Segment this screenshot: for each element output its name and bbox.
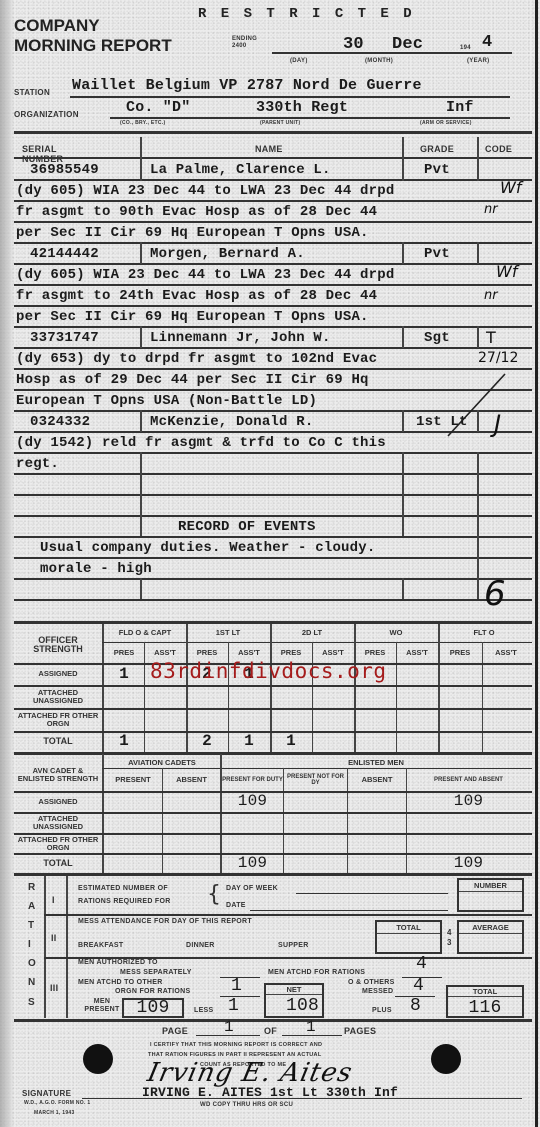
signer-name: IRVING E. AITES 1st Lt 330th Inf bbox=[142, 1085, 398, 1100]
form-title-line1: COMPANY bbox=[14, 16, 100, 36]
rations-letter: A bbox=[28, 901, 35, 912]
org-caption-unit: (CO., BRY., ETC.) bbox=[120, 120, 165, 126]
grade: Pvt bbox=[424, 246, 450, 262]
ending-label: ENDING 2400 bbox=[232, 36, 268, 49]
enlisted-value: 109 bbox=[407, 791, 530, 811]
officer-total: 1 bbox=[104, 731, 144, 751]
rations-letter: T bbox=[28, 920, 34, 931]
soldier-name: Linnemann Jr, John W. bbox=[150, 330, 331, 346]
supper-label: SUPPER bbox=[278, 942, 309, 949]
col-em-absent: ABSENT bbox=[348, 770, 406, 790]
row-label-attached-fr-other: ATTACHED FR OTHER ORGN bbox=[16, 834, 100, 853]
restricted-stamp: R E S T R I C T E D bbox=[198, 6, 415, 22]
certification-text: I CERTIFY THAT THIS MORNING REPORT IS CO… bbox=[150, 1042, 322, 1048]
men-atchd-other-label: MEN ATCHD TO OTHER bbox=[78, 979, 163, 986]
entry-line: regt. bbox=[16, 456, 59, 472]
grade: Sgt bbox=[424, 330, 450, 346]
less-label: LESS bbox=[194, 1007, 213, 1014]
group-1st-lt: 1ST LT bbox=[186, 626, 270, 640]
org-company: Co. "D" bbox=[126, 99, 190, 116]
row-label-assigned: ASSIGNED bbox=[16, 665, 100, 683]
subcol-asst: ASS'T bbox=[396, 645, 438, 661]
row-label-attached-unassigned: ATTACHED UNASSIGNED bbox=[16, 813, 100, 833]
col-grade: GRADE bbox=[420, 144, 454, 154]
net-label: NET bbox=[266, 985, 322, 995]
soldier-name: La Palme, Clarence L. bbox=[150, 162, 331, 178]
net-box: NET 108 bbox=[264, 983, 324, 1018]
subcol-pres: PRES bbox=[104, 645, 144, 661]
pages-label: PAGES bbox=[344, 1026, 376, 1036]
enlisted-total: 109 bbox=[222, 853, 283, 873]
less-value: 1 bbox=[228, 996, 239, 1016]
form-date: MARCH 1, 1943 bbox=[34, 1110, 75, 1116]
others-messed-value: 4 bbox=[413, 976, 424, 996]
men-present-box: 109 bbox=[122, 998, 184, 1018]
men-authorized-label: MEN AUTHORIZED TO bbox=[78, 959, 158, 966]
entry-line: per Sec II Cir 69 Hq European T Opns USA… bbox=[16, 225, 369, 241]
org-arm: Inf bbox=[446, 99, 474, 116]
subcol-asst: ASS'T bbox=[482, 645, 530, 661]
code-mark: 27/12 bbox=[478, 350, 518, 366]
copy-note: WD COPY THRU HRS OR SCU bbox=[200, 1102, 293, 1108]
rations-letter: R bbox=[28, 882, 35, 893]
dinner-label: DINNER bbox=[186, 942, 215, 949]
average-label: AVERAGE bbox=[459, 922, 522, 934]
report-year: 4 bbox=[482, 33, 492, 52]
section-numeral: I bbox=[52, 895, 55, 905]
men-present-value: 109 bbox=[124, 1000, 182, 1016]
entry-line: Hosp as of 29 Dec 44 per Sec II Cir 69 H… bbox=[16, 372, 369, 388]
handwritten-signature: Irving E. Aites bbox=[145, 1058, 356, 1088]
col-name: NAME bbox=[255, 144, 283, 154]
signature-label: SIGNATURE bbox=[22, 1089, 71, 1098]
event-line: Usual company duties. Weather - cloudy. bbox=[40, 540, 375, 556]
right-border bbox=[535, 0, 538, 1127]
station-value: Waillet Belgium VP 2787 Nord De Guerre bbox=[72, 77, 422, 94]
org-parent-unit: 330th Regt bbox=[256, 99, 348, 116]
divisor: 4 3 bbox=[447, 928, 452, 947]
row-label-total: TOTAL bbox=[16, 855, 100, 873]
code-mark: nr bbox=[484, 288, 498, 303]
rations-letter: I bbox=[28, 939, 31, 950]
binder-hole-icon bbox=[83, 1044, 113, 1074]
officer-total: 1 bbox=[228, 731, 270, 751]
rations-letter: O bbox=[28, 958, 36, 969]
col-present-and-absent: PRESENT AND ABSENT bbox=[407, 770, 530, 790]
grade: Pvt bbox=[424, 162, 450, 178]
col-avn-present: PRESENT bbox=[104, 770, 162, 790]
officer-strength-label: OFFICER STRENGTH bbox=[16, 626, 100, 664]
estimated-rations-label: ESTIMATED NUMBER OF bbox=[78, 885, 168, 892]
code-mark: Wf bbox=[500, 178, 521, 197]
men-authorized-label: MESS SEPARATELY bbox=[120, 969, 192, 976]
row-label-assigned: ASSIGNED bbox=[16, 793, 100, 811]
officer-total: 2 bbox=[186, 731, 228, 751]
code-mark: J bbox=[494, 410, 501, 438]
page-label: PAGE bbox=[162, 1026, 188, 1036]
binder-hole-icon bbox=[431, 1044, 461, 1074]
col-serial-number: SERIAL NUMBER bbox=[22, 144, 63, 164]
row-label-attached-unassigned: ATTACHED UNASSIGNED bbox=[16, 687, 100, 707]
men-present-label: MEN PRESENT bbox=[82, 998, 122, 1015]
number-label: NUMBER bbox=[459, 880, 522, 892]
serial-number: 36985549 bbox=[30, 162, 99, 178]
entry-line: (dy 605) WIA 23 Dec 44 to LWA 23 Dec 44 … bbox=[16, 267, 394, 283]
morning-report-page: R E S T R I C T E D COMPANY MORNING REPO… bbox=[0, 0, 540, 1127]
men-atchd-other-label: ORGN FOR RATIONS bbox=[115, 988, 190, 995]
rations-letter: N bbox=[28, 977, 35, 988]
col-avn-absent: ABSENT bbox=[163, 770, 220, 790]
form-number: W.D., A.G.O. FORM NO. 1 bbox=[24, 1100, 90, 1106]
entry-line: fr asgmt to 90th Evac Hosp as of 28 Dec … bbox=[16, 204, 377, 220]
page-total: 1 bbox=[306, 1018, 316, 1036]
entry-line: European T Opns USA (Non-Battle LD) bbox=[16, 393, 317, 409]
others-messed-label: O & OTHERS bbox=[348, 979, 395, 986]
day-caption: (DAY) bbox=[290, 58, 308, 64]
row-label-total: TOTAL bbox=[16, 733, 100, 751]
report-day: 30 bbox=[343, 35, 364, 54]
entry-line: fr asgmt to 24th Evac Hosp as of 28 Dec … bbox=[16, 288, 377, 304]
station-label: STATION bbox=[14, 88, 50, 97]
organization-label: ORGANIZATION bbox=[14, 110, 79, 119]
form-title-line2: MORNING REPORT bbox=[14, 36, 172, 56]
entry-line: (dy 653) dy to drpd fr asgmt to 102nd Ev… bbox=[16, 351, 377, 367]
org-caption-parent: (PARENT UNIT) bbox=[260, 120, 300, 126]
group-2d-lt: 2D LT bbox=[270, 626, 354, 640]
code-mark: nr bbox=[484, 202, 498, 217]
row-label-attached-fr-other: ATTACHED FR OTHER ORGN bbox=[16, 710, 100, 730]
group-fld-o-capt: FLD O & CAPT bbox=[104, 626, 186, 640]
page-number: 1 bbox=[224, 1018, 234, 1036]
day-of-week-label: DAY OF WEEK bbox=[226, 885, 278, 892]
breakfast-label: BREAKFAST bbox=[78, 942, 123, 949]
year-caption: (YEAR) bbox=[467, 58, 489, 64]
mess-total-label: TOTAL bbox=[377, 922, 440, 934]
mess-total-box: TOTAL bbox=[375, 920, 442, 954]
subcol-pres: PRES bbox=[438, 645, 482, 661]
col-present-for-duty: PRESENT FOR DUTY bbox=[222, 770, 283, 790]
serial-number: 33731747 bbox=[30, 330, 99, 346]
rations-total-label: TOTAL bbox=[448, 987, 522, 997]
event-line: morale - high bbox=[40, 561, 152, 577]
col-code: CODE bbox=[485, 144, 512, 154]
scan-edge bbox=[0, 0, 14, 1127]
month-caption: (MONTH) bbox=[365, 58, 393, 64]
entry-line: (dy 605) WIA 23 Dec 44 to LWA 23 Dec 44 … bbox=[16, 183, 394, 199]
serial-number: 0324332 bbox=[30, 414, 90, 430]
enlisted-value: 109 bbox=[222, 791, 283, 811]
soldier-name: Morgen, Bernard A. bbox=[150, 246, 305, 262]
entry-line: (dy 1542) reld fr asgmt & trfd to Co C t… bbox=[16, 435, 386, 451]
code-mark: T bbox=[486, 328, 496, 347]
group-flt-o: FLT O bbox=[438, 626, 530, 640]
grade: 1st Lt bbox=[416, 414, 468, 430]
serial-number: 42144442 bbox=[30, 246, 99, 262]
enlisted-strength-label: AVN CADET & ENLISTED STRENGTH bbox=[16, 757, 100, 793]
rations-total-value: 116 bbox=[448, 998, 522, 1017]
report-month: Dec bbox=[392, 35, 423, 54]
org-caption-arm: (ARM OR SERVICE) bbox=[420, 120, 472, 126]
men-atchd-rations-value: 4 bbox=[416, 954, 427, 974]
plus-label: PLUS bbox=[372, 1007, 392, 1014]
record-of-events-title: RECORD OF EVENTS bbox=[178, 519, 316, 535]
enlisted-total: 109 bbox=[407, 853, 530, 873]
officer-value: 1 bbox=[104, 664, 144, 684]
code-mark: Wf bbox=[496, 262, 517, 281]
year-prefix: 194 bbox=[460, 45, 471, 51]
mess-attendance-label: MESS ATTENDANCE FOR DAY OF THIS REPORT bbox=[78, 918, 252, 925]
plus-value: 8 bbox=[410, 996, 421, 1016]
officer-total: 1 bbox=[270, 731, 312, 751]
group-wo: WO bbox=[354, 626, 438, 640]
soldier-name: McKenzie, Donald R. bbox=[150, 414, 313, 430]
rations-letter: S bbox=[28, 997, 35, 1008]
date-label: DATE bbox=[226, 902, 246, 909]
men-atchd-rations-label: MEN ATCHD FOR RATIONS bbox=[268, 969, 365, 976]
estimated-rations-label: RATIONS REQUIRED FOR bbox=[78, 898, 171, 905]
section-numeral: II bbox=[51, 933, 57, 943]
others-messed-label: MESSED bbox=[362, 988, 393, 995]
page-mark: 6 bbox=[484, 574, 506, 614]
rations-total-box: TOTAL 116 bbox=[446, 985, 524, 1018]
entry-line: per Sec II Cir 69 Hq European T Opns USA… bbox=[16, 309, 369, 325]
section-numeral: III bbox=[50, 983, 58, 993]
number-box: NUMBER bbox=[457, 878, 524, 912]
average-box: AVERAGE bbox=[457, 920, 524, 954]
of-label: OF bbox=[264, 1026, 277, 1036]
col-present-not-for-duty: PRESENT NOT FOR DY bbox=[284, 770, 347, 790]
men-atchd-other-value: 1 bbox=[231, 976, 242, 996]
watermark: 83rdinfdivdocs.org bbox=[150, 659, 387, 683]
net-value: 108 bbox=[266, 996, 322, 1016]
